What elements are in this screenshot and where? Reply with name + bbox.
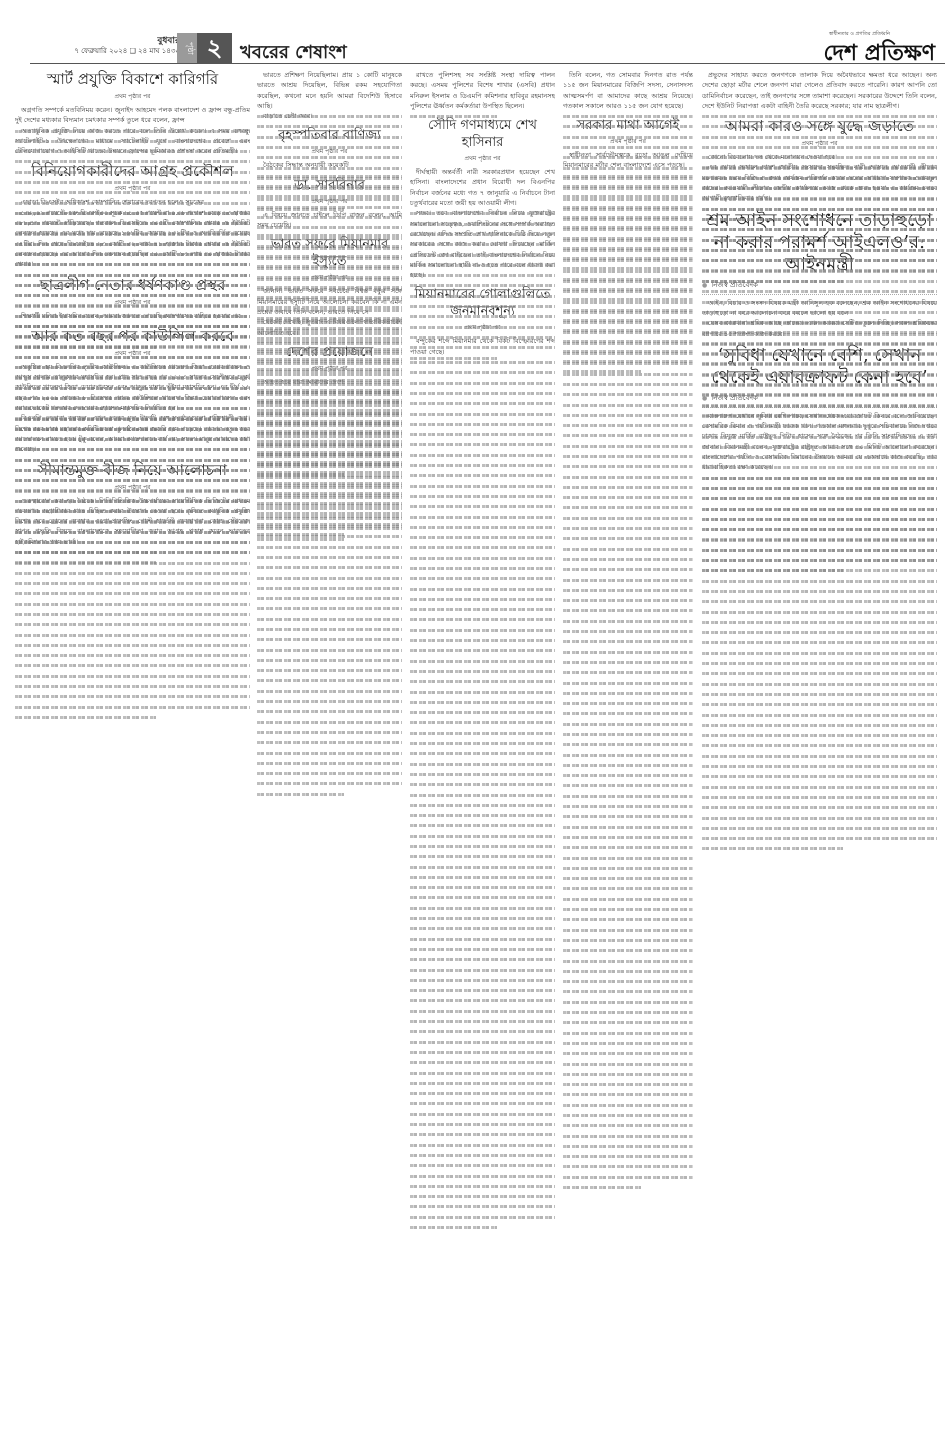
- text-line: [702, 370, 937, 380]
- text-line: [410, 738, 555, 748]
- text-line: [15, 660, 250, 670]
- text-line: [563, 729, 693, 739]
- text-line: [410, 790, 555, 800]
- text-line: [702, 276, 937, 286]
- text-line: [702, 224, 937, 234]
- text-line: [257, 500, 402, 510]
- text-line: [702, 421, 937, 431]
- article-lead: প্রভুদের সাহায্য করতে জনগণকে তালাক দিয়ে…: [702, 70, 937, 111]
- text-line: [563, 575, 693, 585]
- text-line: [702, 833, 937, 843]
- text-line: [702, 524, 937, 534]
- text-line: [563, 1120, 693, 1130]
- article-lead: অগ্রগতি সম্পর্কে মতবিনিময় করেন। জুনাইদ …: [15, 105, 250, 126]
- text-line: [257, 768, 402, 778]
- text-line: [15, 455, 250, 465]
- text-line: [563, 997, 693, 1007]
- text-line: [410, 542, 555, 552]
- text-line: [410, 1150, 555, 1160]
- text-line: [563, 976, 693, 986]
- article-headline[interactable]: স্মার্ট প্রযুক্তি বিকাশে কারিগরি: [15, 70, 250, 89]
- text-line: [702, 782, 937, 792]
- text-line: [563, 832, 693, 842]
- text-line: [257, 645, 402, 655]
- text-line: [257, 614, 402, 624]
- text-line: [410, 1171, 555, 1181]
- text-line: [410, 851, 555, 861]
- text-line: [15, 485, 250, 495]
- text-line: [563, 585, 693, 595]
- text-line: [563, 1079, 693, 1089]
- text-line: [410, 810, 555, 820]
- text-line: [702, 792, 937, 802]
- text-line: [257, 521, 402, 531]
- text-line: [257, 449, 402, 459]
- text-line: [15, 321, 250, 331]
- text-line: [410, 553, 555, 563]
- text-line: [563, 253, 693, 263]
- text-line: [410, 985, 555, 995]
- text-line: [702, 637, 937, 647]
- text-line: [257, 686, 402, 696]
- column-5: প্রভুদের সাহায্য করতে জনগণকে তালাক দিয়ে…: [702, 70, 937, 1445]
- text-line: [257, 470, 402, 480]
- text-line: [563, 1069, 693, 1079]
- text-line: [410, 322, 555, 332]
- text-line: [563, 904, 693, 914]
- text-line: [257, 317, 402, 327]
- text-line: [563, 305, 693, 315]
- text-line: [410, 491, 555, 501]
- issue-date-text: ৭ ফেব্রুয়ারি ২০২৪ ❑ ২৪ মাঘ ১৪৩০: [74, 47, 180, 55]
- text-line: [563, 191, 693, 201]
- text-line: [257, 552, 402, 562]
- text-line: [257, 593, 402, 603]
- text-line: [563, 523, 693, 533]
- text-line: [410, 1140, 555, 1150]
- text-line: [15, 578, 250, 588]
- text-line: [410, 820, 555, 830]
- text-line: [15, 516, 250, 526]
- text-line: [702, 514, 937, 524]
- text-line: [257, 603, 402, 613]
- text-line: [15, 537, 250, 547]
- text-line: [563, 657, 693, 667]
- text-line: [410, 759, 555, 769]
- text-line: [563, 863, 693, 873]
- text-line: [410, 357, 555, 367]
- text-line: [410, 635, 555, 645]
- issue-date: বুধবার ৭ ফেব্রুয়ারি ২০২৪ ❑ ২৪ মাঘ ১৪৩০: [50, 36, 180, 56]
- text-line: [15, 434, 250, 444]
- text-line: [410, 923, 555, 933]
- text-line: [15, 547, 250, 557]
- text-line: [410, 841, 555, 851]
- text-line: [563, 873, 693, 883]
- text-line: [257, 511, 402, 521]
- page-number: ২: [197, 33, 232, 63]
- text-line: [563, 513, 693, 523]
- article-body: ভারতে প্রশিক্ষণ নিয়েছিলাম। প্রায় ১ কোট…: [257, 70, 402, 121]
- text-line: [257, 748, 402, 758]
- text-line: [563, 1048, 693, 1058]
- text-line: [410, 954, 555, 964]
- issue-day: বুধবার: [50, 36, 180, 46]
- text-line: [702, 380, 937, 390]
- text-line: [702, 432, 937, 442]
- text-line: [702, 504, 937, 514]
- text-line: [702, 359, 937, 369]
- text-line: [702, 823, 937, 833]
- text-line: [257, 292, 402, 302]
- text-line: [15, 465, 250, 475]
- column-1: স্মার্ট প্রযুক্তি বিকাশে কারিগরিপ্রথম পৃ…: [15, 70, 250, 1445]
- text-line: [410, 367, 555, 377]
- text-line: [257, 111, 402, 121]
- text-line: [563, 441, 693, 451]
- text-line: [563, 420, 693, 430]
- text-line: [563, 739, 693, 749]
- text-line: [563, 822, 693, 832]
- text-line: [563, 986, 693, 996]
- text-line: [410, 512, 555, 522]
- text-line: [410, 995, 555, 1005]
- text-line: [15, 557, 250, 567]
- news-article: রাখতে পুলিশসহ সব সংশ্লিষ্ট সংস্থা দায়িত…: [410, 70, 555, 111]
- text-line: [257, 191, 402, 201]
- article-lead: রাখতে পুলিশসহ সব সংশ্লিষ্ট সংস্থা দায়িত…: [410, 70, 555, 111]
- text-line: [563, 698, 693, 708]
- text-line: [702, 617, 937, 627]
- text-line: [15, 403, 250, 413]
- text-line: [410, 656, 555, 666]
- text-line: [410, 625, 555, 635]
- text-line: [257, 121, 402, 131]
- text-line: [563, 263, 693, 273]
- text-line: [702, 265, 937, 275]
- text-line: [410, 728, 555, 738]
- text-line: [15, 126, 250, 136]
- text-line: [257, 408, 402, 418]
- text-line: [702, 607, 937, 617]
- text-line: [563, 356, 693, 366]
- text-line: [257, 480, 402, 490]
- text-line: [702, 586, 937, 596]
- text-line: [257, 181, 402, 191]
- text-line: [410, 250, 555, 260]
- column-2: ভারতে প্রশিক্ষণ নিয়েছিলাম। প্রায় ১ কোট…: [257, 70, 402, 1445]
- text-line: [410, 913, 555, 923]
- text-line: [702, 339, 937, 349]
- text-line: [563, 791, 693, 801]
- text-line: [563, 366, 693, 376]
- text-line: [702, 442, 937, 452]
- news-article: তিনি বলেন, গত সোমবার দিনগত রাত পর্যন্ত ১…: [563, 70, 693, 111]
- text-line: [563, 616, 693, 626]
- text-line: [702, 679, 937, 689]
- text-line: [410, 1057, 555, 1067]
- article-body: দীর্ঘস্থায়ী অন্তর্বর্তী নারী সরকারপ্রধা…: [410, 167, 555, 280]
- article-body: প্রভুদের সাহায্য করতে জনগণকে তালাক দিয়ে…: [702, 70, 937, 111]
- text-line: [563, 564, 693, 574]
- text-line: [563, 1141, 693, 1151]
- text-line: [702, 411, 937, 421]
- text-line: [702, 771, 937, 781]
- text-line: [410, 697, 555, 707]
- text-line: [257, 428, 402, 438]
- text-line: [410, 779, 555, 789]
- text-line: [563, 142, 693, 152]
- text-line: [257, 459, 402, 469]
- text-line: [410, 800, 555, 810]
- text-line: [563, 492, 693, 502]
- text-line: [257, 439, 402, 449]
- text-line: [410, 409, 555, 419]
- text-line: [702, 173, 937, 183]
- text-line: [563, 801, 693, 811]
- text-line: [563, 883, 693, 893]
- text-line: [410, 1078, 555, 1088]
- text-line: [15, 527, 250, 537]
- text-line: [410, 460, 555, 470]
- text-line: [410, 342, 555, 352]
- text-line: [563, 243, 693, 253]
- text-line: [410, 378, 555, 388]
- text-line: [410, 450, 555, 460]
- text-line: [410, 872, 555, 882]
- text-line: [563, 925, 693, 935]
- text-line: [563, 379, 693, 389]
- text-line: [410, 1222, 555, 1232]
- text-line: [702, 307, 937, 317]
- text-line: [702, 255, 937, 265]
- text-line: [410, 1037, 555, 1047]
- text-line: [563, 430, 693, 440]
- text-line: [563, 719, 693, 729]
- text-line: [563, 482, 693, 492]
- text-line: [15, 208, 250, 218]
- text-line: [410, 1160, 555, 1170]
- text-line: [702, 720, 937, 730]
- text-line: [257, 358, 402, 368]
- text-line: [702, 235, 937, 245]
- text-line: [410, 1098, 555, 1108]
- text-line: [563, 472, 693, 482]
- text-line: [410, 707, 555, 717]
- text-line: [257, 251, 402, 261]
- text-line: [410, 501, 555, 511]
- text-line: [257, 272, 402, 282]
- article-headline[interactable]: সৌদি গণমাধ্যমে শেখ হাসিনার: [410, 117, 555, 151]
- text-line: [702, 813, 937, 823]
- text-line: [563, 750, 693, 760]
- text-line: [410, 280, 555, 290]
- text-line: [257, 573, 402, 583]
- text-line: [702, 452, 937, 462]
- text-line: [15, 691, 250, 701]
- article-body: অগ্রগতি সম্পর্কে মতবিনিময় করেন। জুনাইদ …: [15, 105, 250, 156]
- text-line: [702, 699, 937, 709]
- text-line: [410, 903, 555, 913]
- text-line: [257, 675, 402, 685]
- text-line: [257, 152, 402, 162]
- text-line: [410, 301, 555, 311]
- text-line: [15, 671, 250, 681]
- text-line: [257, 338, 402, 348]
- text-line: [257, 132, 402, 142]
- text-line: [702, 761, 937, 771]
- text-line: [257, 758, 402, 768]
- text-line: [257, 261, 402, 271]
- text-line: [702, 689, 937, 699]
- text-line: [702, 668, 937, 678]
- text-line: [410, 965, 555, 975]
- text-line: [563, 1172, 693, 1182]
- text-line: [563, 770, 693, 780]
- text-line: [563, 688, 693, 698]
- text-line: [563, 1131, 693, 1141]
- text-line: [410, 594, 555, 604]
- text-line: [563, 325, 693, 335]
- text-line: [410, 1201, 555, 1211]
- text-line: [563, 315, 693, 325]
- text-line: [410, 604, 555, 614]
- text-line: [257, 542, 402, 552]
- text-line: [410, 1006, 555, 1016]
- text-line: [257, 282, 402, 292]
- text-line: [702, 493, 937, 503]
- text-line: [563, 274, 693, 284]
- text-line: [257, 348, 402, 358]
- text-line: [257, 241, 402, 251]
- text-line: [563, 1182, 693, 1192]
- text-line: [563, 502, 693, 512]
- text-line: [563, 410, 693, 420]
- text-line: [702, 473, 937, 483]
- text-line: [563, 760, 693, 770]
- text-line: [15, 167, 250, 177]
- text-line: [257, 171, 402, 181]
- text-line: [410, 291, 555, 301]
- text-line: [410, 831, 555, 841]
- column-3: রাখতে পুলিশসহ সব সংশ্লিষ্ট সংস্থা দায়িত…: [410, 70, 555, 1445]
- text-line: [257, 696, 402, 706]
- text-line: [15, 249, 250, 259]
- text-line: [15, 331, 250, 341]
- text-line: [257, 302, 402, 312]
- text-line: [563, 294, 693, 304]
- text-line: [702, 245, 937, 255]
- text-line: [410, 882, 555, 892]
- text-line: [410, 892, 555, 902]
- text-line: [257, 665, 402, 675]
- continued-from-label: প্রথম পৃষ্ঠার পর: [410, 153, 555, 164]
- text-line: [257, 531, 402, 541]
- text-line: [410, 311, 555, 321]
- text-line: [15, 496, 250, 506]
- text-line: [410, 1212, 555, 1222]
- text-line: [702, 627, 937, 637]
- text-line: [410, 573, 555, 583]
- masthead: বুধবার ৭ ফেব্রুয়ারি ২০২৪ ❑ ২৪ মাঘ ১৪৩০ …: [0, 0, 945, 64]
- text-line: [702, 751, 937, 761]
- section-title: খবরের শেষাংশ: [240, 38, 347, 69]
- text-line: [410, 1088, 555, 1098]
- text-line: [410, 676, 555, 686]
- text-line: [15, 393, 250, 403]
- article-body: তিনি বলেন, গত সোমবার দিনগত রাত পর্যন্ত ১…: [563, 70, 693, 111]
- text-line: [410, 1068, 555, 1078]
- text-line: [15, 311, 250, 321]
- text-line: [257, 717, 402, 727]
- text-line: [257, 655, 402, 665]
- text-line: [15, 413, 250, 423]
- text-line: [563, 212, 693, 222]
- page-label: পৃষ্ঠা: [177, 33, 197, 63]
- text-line: [410, 687, 555, 697]
- column-4: তিনি বলেন, গত সোমবার দিনগত রাত পর্যন্ত ১…: [563, 70, 693, 1445]
- text-line: [15, 270, 250, 280]
- text-line: [563, 956, 693, 966]
- text-line: [563, 132, 693, 142]
- text-line: [563, 708, 693, 718]
- text-line: [257, 624, 402, 634]
- header-rule-left: [30, 63, 240, 64]
- text-line: [257, 634, 402, 644]
- text-line: [257, 727, 402, 737]
- text-line: [257, 789, 402, 799]
- text-line: [563, 811, 693, 821]
- text-line: [257, 369, 402, 379]
- text-line: [702, 183, 937, 193]
- text-line: [410, 470, 555, 480]
- text-line: [702, 483, 937, 493]
- text-line: [410, 532, 555, 542]
- text-line: [702, 329, 937, 339]
- text-line: [410, 332, 555, 342]
- text-line: [702, 390, 937, 400]
- text-line: [410, 1047, 555, 1057]
- text-line: [702, 730, 937, 740]
- text-line: [563, 945, 693, 955]
- continued-from-label: প্রথম পৃষ্ঠার পর: [15, 91, 250, 102]
- text-line: [563, 1007, 693, 1017]
- news-article: স্মার্ট প্রযুক্তি বিকাশে কারিগরিপ্রথম পৃ…: [15, 70, 250, 156]
- text-line: [563, 461, 693, 471]
- article-body: এছাড়া ডিএসইর অধিকাংশ কোম্পানির শেয়ারের…: [15, 197, 250, 269]
- text-line: [563, 1100, 693, 1110]
- text-line: [702, 740, 937, 750]
- text-line: [410, 614, 555, 624]
- text-line: [410, 419, 555, 429]
- text-line: [563, 1017, 693, 1027]
- text-line: [410, 645, 555, 655]
- text-line: [15, 475, 250, 485]
- text-line: [410, 260, 555, 270]
- text-line: [563, 894, 693, 904]
- text-line: [702, 462, 937, 472]
- text-line: [410, 270, 555, 280]
- text-line: [702, 658, 937, 668]
- text-line: [410, 439, 555, 449]
- text-line: [563, 152, 693, 162]
- text-line: [410, 563, 555, 573]
- text-line: [410, 398, 555, 408]
- text-line: [257, 418, 402, 428]
- text-line: [563, 451, 693, 461]
- text-line: [702, 648, 937, 658]
- text-line: [410, 1191, 555, 1201]
